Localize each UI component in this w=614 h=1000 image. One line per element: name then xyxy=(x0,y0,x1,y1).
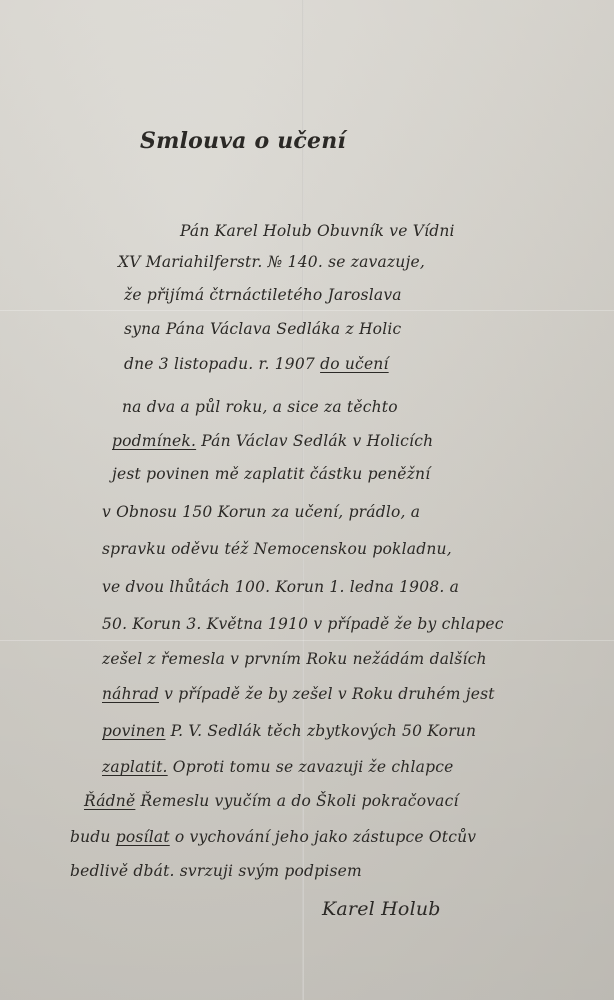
text-line-part: Řemeslu vyučím a do Školi pokračovací xyxy=(135,792,458,810)
text-line-part: P. V. Sedlák těch zbytkových 50 Korun xyxy=(166,722,477,740)
document-page: Smlouva o učení Pán Karel Holub Obuvník … xyxy=(0,0,614,1000)
text-line: Pán Karel Holub Obuvník ve Vídni xyxy=(180,222,455,240)
underlined-word: Řádně xyxy=(84,792,135,810)
text-line: 50. Korun 3. Května 1910 v případě že by… xyxy=(102,615,504,633)
text-line: budu posílat o vychování jeho jako zástu… xyxy=(70,828,476,846)
paper-crease xyxy=(0,310,614,311)
text-line: že přijímá čtrnáctiletého Jaroslava xyxy=(124,286,402,304)
text-line-part: Pán Václav Sedlák v Holicích xyxy=(196,432,433,450)
text-line: podmínek. Pán Václav Sedlák v Holicích xyxy=(112,432,433,450)
underlined-word: posílat xyxy=(116,828,170,846)
text-line-part: dne 3 listopadu. r. 1907 xyxy=(124,355,320,373)
underlined-word: náhrad xyxy=(102,685,159,703)
text-line: v Obnosu 150 Korun za učení, prádlo, a xyxy=(102,503,420,521)
underlined-word: podmínek. xyxy=(112,432,196,450)
text-line-part: budu xyxy=(70,828,116,846)
text-line: dne 3 listopadu. r. 1907 do učení xyxy=(124,355,389,373)
underlined-word: do učení xyxy=(320,355,389,373)
text-line: spravku oděvu též Nemocenskou pokladnu, xyxy=(102,540,452,558)
text-line: ve dvou lhůtách 100. Korun 1. ledna 1908… xyxy=(102,578,459,596)
text-line: zaplatit. Oproti tomu se zavazuji že chl… xyxy=(102,758,453,776)
text-line-part: Oproti tomu se zavazuji že chlapce xyxy=(168,758,454,776)
text-line: syna Pána Václava Sedláka z Holic xyxy=(124,320,401,338)
underlined-word: povinen xyxy=(102,722,166,740)
text-line: jest povinen mě zaplatit částku peněžní xyxy=(112,465,430,483)
paper-crease xyxy=(0,640,614,641)
document-title: Smlouva o učení xyxy=(140,128,346,154)
text-line: XV Mariahilferstr. № 140. se zavazuje, xyxy=(118,253,425,271)
text-line: náhrad v případě že by zešel v Roku druh… xyxy=(102,685,495,703)
text-line: zešel z řemesla v prvním Roku nežádám da… xyxy=(102,650,487,668)
underlined-word: zaplatit. xyxy=(102,758,168,776)
text-line: Řádně Řemeslu vyučím a do Školi pokračov… xyxy=(84,792,459,810)
text-line: na dva a půl roku, a sice za těchto xyxy=(122,398,398,416)
text-line: bedlivě dbát. svrzuji svým podpisem xyxy=(70,862,362,880)
text-line-part: v případě že by zešel v Roku druhém jest xyxy=(159,685,495,703)
text-line-part: o vychování jeho jako zástupce Otcův xyxy=(170,828,477,846)
text-line: povinen P. V. Sedlák těch zbytkových 50 … xyxy=(102,722,476,740)
signature: Karel Holub xyxy=(322,898,441,920)
